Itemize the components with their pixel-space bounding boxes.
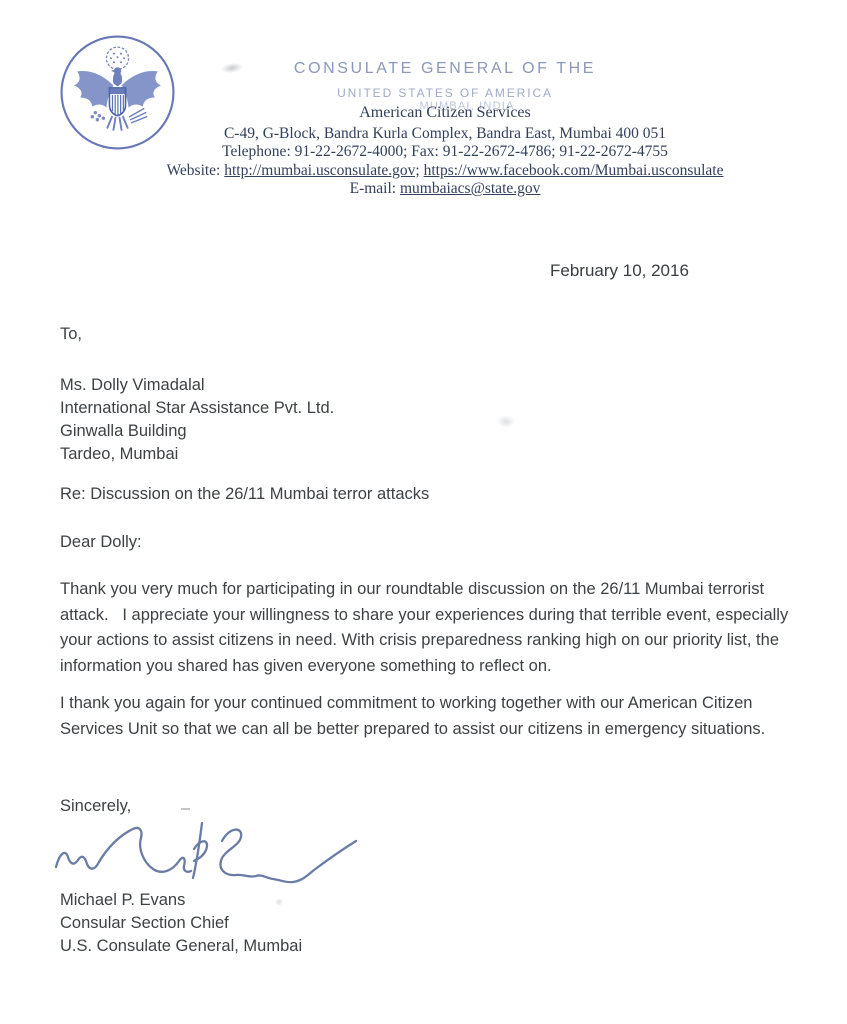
subject-line: Re: Discussion on the 26/11 Mumbai terro… xyxy=(60,485,429,504)
letter-page: CONSULATE GENERAL OF THE UNITED STATES O… xyxy=(0,0,847,1024)
signer-title: Consular Section Chief xyxy=(60,914,229,933)
recipient-company: International Star Assistance Pvt. Ltd. xyxy=(60,397,334,420)
letter-date: February 10, 2016 xyxy=(550,261,689,281)
scan-smudge xyxy=(275,898,283,906)
letterhead-org-line1: CONSULATE GENERAL OF THE xyxy=(90,60,800,78)
website-label: Website: xyxy=(167,162,225,179)
recipient-building: Ginwalla Building xyxy=(60,420,334,443)
email-label: E-mail: xyxy=(350,180,400,197)
stray-dash-mark xyxy=(181,808,190,810)
website-link[interactable]: http://mumbai.usconsulate.gov; xyxy=(224,162,419,179)
to-label: To, xyxy=(60,325,82,344)
recipient-name: Ms. Dolly Vimadalal xyxy=(60,374,334,397)
signer-name: Michael P. Evans xyxy=(60,891,185,910)
recipient-block: Ms. Dolly Vimadalal International Star A… xyxy=(60,374,334,466)
recipient-city: Tardeo, Mumbai xyxy=(60,443,334,466)
body-paragraph-2: I thank you again for your continued com… xyxy=(60,691,802,742)
letterhead-website-line: Website: http://mumbai.usconsulate.gov; … xyxy=(90,162,800,180)
letterhead-address: C-49, G-Block, Bandra Kurla Complex, Ban… xyxy=(90,125,800,143)
letterhead-org-line2: UNITED STATES OF AMERICA xyxy=(90,86,800,100)
signer-organization: U.S. Consulate General, Mumbai xyxy=(60,937,302,956)
salutation: Dear Dolly: xyxy=(60,533,142,552)
facebook-link[interactable]: https://www.facebook.com/Mumbai.usconsul… xyxy=(424,162,724,179)
body-paragraph-1: Thank you very much for participating in… xyxy=(60,577,802,679)
signature-icon xyxy=(50,815,368,897)
letterhead-telephone: Telephone: 91-22-2672-4000; Fax: 91-22-2… xyxy=(90,143,800,161)
closing: Sincerely, xyxy=(60,797,131,816)
letterhead: CONSULATE GENERAL OF THE UNITED STATES O… xyxy=(90,60,800,198)
letterhead-dept-row: MUMBAI, INDIA American Citizen Services xyxy=(90,103,800,125)
letterhead-department: American Citizen Services xyxy=(90,103,800,123)
scan-smudge xyxy=(497,415,515,428)
letterhead-email-line: E-mail: mumbaiacs@state.gov xyxy=(90,180,800,198)
email-link[interactable]: mumbaiacs@state.gov xyxy=(400,180,540,197)
